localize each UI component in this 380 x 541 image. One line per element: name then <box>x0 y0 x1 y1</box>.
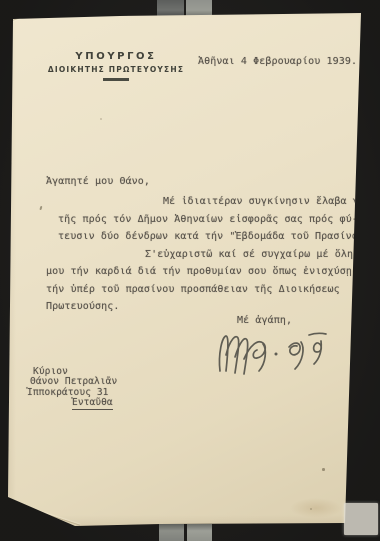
binding-strap-top-left <box>157 0 184 17</box>
paper-speck <box>310 508 312 510</box>
letterhead-rule <box>103 78 129 81</box>
letter-closing: Μέ ἀγάπη, <box>237 315 292 326</box>
binding-strap-bottom-right <box>187 524 212 541</box>
binding-strap-bottom-left <box>159 524 184 541</box>
paper-crease-top-left <box>12 0 111 21</box>
body-line: μου τήν καρδιά διά τήν προθυμίαν σου ὅπω… <box>46 263 360 281</box>
handwritten-signature <box>213 326 333 376</box>
body-line: Πρωτευούσης. <box>46 298 360 316</box>
recipient-line-underlined: Ἐνταῦθα <box>27 398 117 408</box>
recipient-address: Κύριον Θάνον Πετραλιᾶν Ἱπποκράτους 31 Ἐν… <box>27 367 117 409</box>
body-line: τευσιν δύο δένδρων κατά τήν "Ἑβδομάδα το… <box>46 228 360 246</box>
archive-label <box>344 503 378 535</box>
paper-speck <box>100 118 102 120</box>
paper-speck <box>40 206 43 210</box>
paper-crease-bottom-left <box>4 500 81 526</box>
paper-speck <box>322 468 325 471</box>
letterhead: ΥΠΟΥΡΓΟΣ ΔΙΟΙΚΗΤΗΣ ΠΡΩΤΕΥΟΥΣΗΣ <box>16 51 216 81</box>
body-line: Μέ ἰδιαιτέραν συγκίνησιν ἔλαβα γνῶσιν <box>46 193 360 211</box>
letter-paper: ΥΠΟΥΡΓΟΣ ΔΙΟΙΚΗΤΗΣ ΠΡΩΤΕΥΟΥΣΗΣ Ἀθῆναι 4 … <box>0 0 380 541</box>
letter-salutation: Ἀγαπητέ μου Θάνο, <box>46 176 150 187</box>
binding-strap-top-right <box>186 0 212 17</box>
body-line: Σ'εὐχαριστῶ καί σέ συγχαίρω μέ ὅλην <box>46 246 360 264</box>
body-line: τῆς πρός τόν Δῆμον Ἀθηναίων εἰσφορᾶς σας… <box>46 211 360 229</box>
photo-background: ΥΠΟΥΡΓΟΣ ΔΙΟΙΚΗΤΗΣ ΠΡΩΤΕΥΟΥΣΗΣ Ἀθῆναι 4 … <box>0 0 380 541</box>
letterhead-title: ΥΠΟΥΡΓΟΣ <box>16 51 216 62</box>
paper-stain <box>290 498 342 518</box>
letter-date: Ἀθῆναι 4 Φεβρουαρίου 1939. <box>198 56 357 67</box>
body-line: τήν ὑπέρ τοῦ πρασίνου προσπάθειαν τῆς Δι… <box>46 281 360 299</box>
letterhead-subtitle: ΔΙΟΙΚΗΤΗΣ ΠΡΩΤΕΥΟΥΣΗΣ <box>16 65 216 74</box>
letter-body: Μέ ἰδιαιτέραν συγκίνησιν ἔλαβα γνῶσιν τῆ… <box>46 193 360 316</box>
